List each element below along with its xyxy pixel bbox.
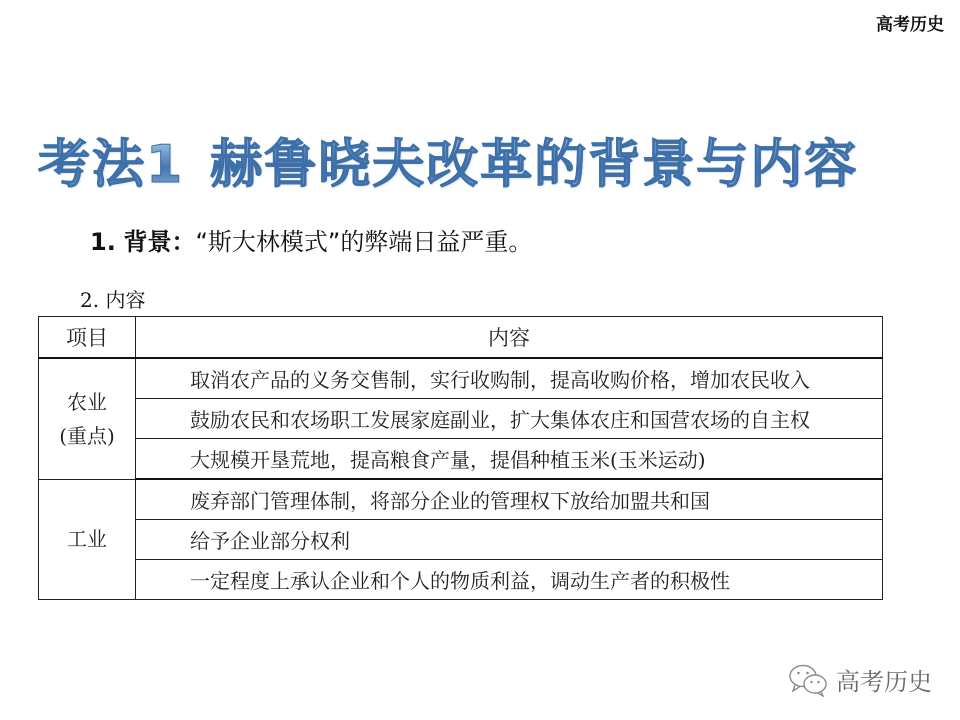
background-line: 1. 背景：“斯大林模式”的弊端日益严重。 <box>90 222 532 257</box>
table-row: 给予企业部分权利 <box>39 520 883 560</box>
table-row: 农业 (重点) 取消农产品的义务交售制，实行收购制，提高收购价格，增加农民收入 <box>39 358 883 399</box>
table-cell: 大规模开垦荒地，提高粮食产量，提倡种植玉米(玉米运动) <box>136 439 883 480</box>
background-text: “斯大林模式”的弊端日益严重。 <box>195 228 532 256</box>
category-industry: 工业 <box>39 479 136 600</box>
watermark: 高考历史 <box>788 662 932 697</box>
watermark-text: 高考历史 <box>836 662 932 697</box>
table-cell: 鼓励农民和农场职工发展家庭副业，扩大集体农庄和国营农场的自主权 <box>136 399 883 439</box>
table-row: 大规模开垦荒地，提高粮食产量，提倡种植玉米(玉米运动) <box>39 439 883 480</box>
title-text: 赫鲁晓夫改革的背景与内容 <box>210 135 858 195</box>
table-cell: 取消农产品的义务交售制，实行收购制，提高收购价格，增加农民收入 <box>136 358 883 399</box>
page-title: 考法1赫鲁晓夫改革的背景与内容 <box>38 122 858 197</box>
reform-table: 项目 内容 农业 (重点) 取消农产品的义务交售制，实行收购制，提高收购价格，增… <box>38 316 883 600</box>
title-prefix: 考法1 <box>38 135 184 195</box>
table-row: 一定程度上承认企业和个人的物质利益，调动生产者的积极性 <box>39 560 883 600</box>
category-label: 农业 <box>67 390 107 414</box>
table-row: 工业 废弃部门管理体制，将部分企业的管理权下放给加盟共和国 <box>39 479 883 520</box>
table-cell: 给予企业部分权利 <box>136 520 883 560</box>
table-header-row: 项目 内容 <box>39 317 883 359</box>
category-note: (重点) <box>59 424 115 448</box>
wechat-icon <box>788 663 828 697</box>
category-agriculture: 农业 (重点) <box>39 358 136 479</box>
header-item: 项目 <box>39 317 136 359</box>
background-number: 1. <box>90 228 116 256</box>
header-content: 内容 <box>136 317 883 359</box>
table-cell: 一定程度上承认企业和个人的物质利益，调动生产者的积极性 <box>136 560 883 600</box>
content-heading: 2. 内容 <box>80 284 145 313</box>
table-row: 鼓励农民和农场职工发展家庭副业，扩大集体农庄和国营农场的自主权 <box>39 399 883 439</box>
corner-label: 高考历史 <box>876 10 944 35</box>
table-cell: 废弃部门管理体制，将部分企业的管理权下放给加盟共和国 <box>136 479 883 520</box>
category-label: 工业 <box>67 527 107 551</box>
background-label: 背景： <box>123 228 195 256</box>
